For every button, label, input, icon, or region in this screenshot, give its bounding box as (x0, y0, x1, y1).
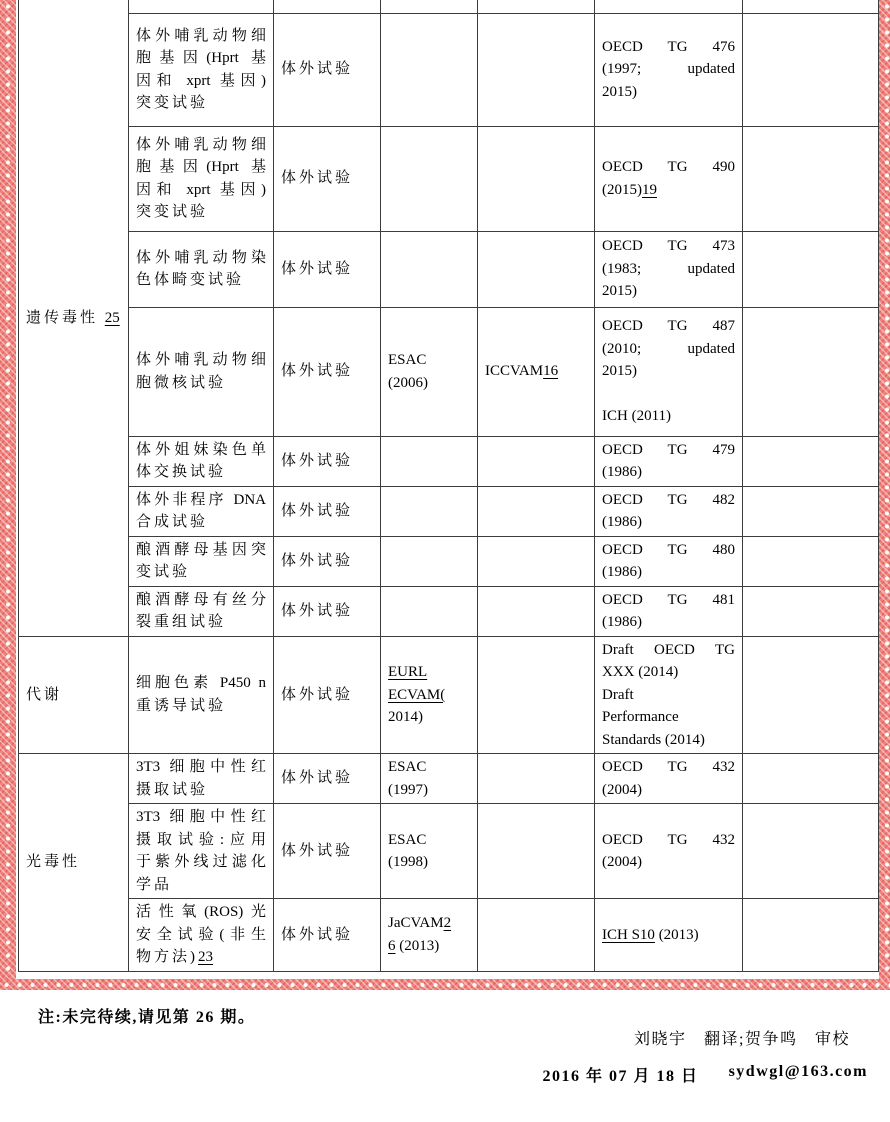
test-type-cell: 体外试验 (274, 126, 381, 231)
table-cell (381, 536, 478, 586)
test-name-cell: 体外哺乳动物细胞基因(Hprt 基因和 xprt 基因)突变试验 (129, 126, 274, 231)
table-cell (743, 436, 879, 486)
reference-cell: OECD TG 480(1986) (595, 536, 743, 586)
test-type-cell: 体外试验 (274, 899, 381, 972)
table-cell (478, 586, 595, 636)
test-name-cell: 体外姐妹染色单体交换试验 (129, 436, 274, 486)
table-cell (381, 126, 478, 231)
validation-cell: ESAC(1997) (381, 754, 478, 804)
reference-cell: Draft OECD TGXXX (2014)DraftPerformanceS… (595, 636, 743, 754)
test-type-cell: 体外试验 (274, 636, 381, 754)
table-cell (478, 486, 595, 536)
contact-email: sydwgl@163.com (729, 1063, 868, 1086)
table-cell (381, 231, 478, 307)
test-name-cell: 细胞色素 P450 n重诱导试验 (129, 636, 274, 754)
validation-cell: ICCVAM16 (478, 307, 595, 436)
table-cell (129, 0, 274, 13)
table-cell (478, 0, 595, 13)
test-type-cell: 体外试验 (274, 436, 381, 486)
table-cell (274, 0, 381, 13)
table-cell (478, 13, 595, 126)
document-page: 遗传毒性 25体外哺乳动物细胞基因(Hprt 基因和 xprt 基因)突变试验体… (0, 0, 890, 1122)
table-cell (478, 126, 595, 231)
table-cell (478, 804, 595, 899)
test-type-cell: 体外试验 (274, 231, 381, 307)
test-name-cell: 酿酒酵母有丝分裂重组试验 (129, 586, 274, 636)
issue-date: 2016 年 07 月 18 日 (543, 1063, 699, 1086)
reference-cell: OECD TG 479(1986) (595, 436, 743, 486)
test-name-cell: 3T3 细胞中性红摄取试验 (129, 754, 274, 804)
table-cell (743, 231, 879, 307)
test-name-cell: 体外哺乳动物细胞微核试验 (129, 307, 274, 436)
validation-cell: JaCVAM26 (2013) (381, 899, 478, 972)
test-type-cell: 体外试验 (274, 307, 381, 436)
table-cell (478, 754, 595, 804)
test-name-cell: 酿酒酵母基因突变试验 (129, 536, 274, 586)
reference-cell: ICH S10 (2013) (595, 899, 743, 972)
test-name-cell: 体外哺乳动物细胞基因(Hprt 基因和 xprt 基因)突变试验 (129, 13, 274, 126)
table-cell (381, 13, 478, 126)
table-cell (743, 486, 879, 536)
table-cell (478, 436, 595, 486)
page-border-bottom (0, 979, 890, 990)
table-cell (743, 0, 879, 13)
reference-cell: OECD TG 487(2010; updated2015) ICH (2011… (595, 307, 743, 436)
table-cell (381, 436, 478, 486)
test-type-cell: 体外试验 (274, 754, 381, 804)
category-cell-metabolism: 代谢 (19, 636, 129, 754)
test-name-cell: 活性氧(ROS)光安全试验(非生物方法)23 (129, 899, 274, 972)
test-type-cell: 体外试验 (274, 586, 381, 636)
test-name-cell: 体外哺乳动物染色体畸变试验 (129, 231, 274, 307)
reference-cell: OECD TG 476(1997; updated2015) (595, 13, 743, 126)
table-cell (743, 586, 879, 636)
table-cell (743, 126, 879, 231)
date-email-line: 2016 年 07 月 18 日 sydwgl@163.com (543, 1063, 868, 1086)
table-cell (743, 307, 879, 436)
continuation-note: 注:未完待续,请见第 26 期。 (38, 1004, 255, 1027)
validation-cell: EURLECVAM(2014) (381, 636, 478, 754)
validation-cell: ESAC(2006) (381, 307, 478, 436)
test-type-cell: 体外试验 (274, 486, 381, 536)
reference-cell: OECD TG 473(1983; updated2015) (595, 231, 743, 307)
table-cell (478, 899, 595, 972)
table-cell (595, 0, 743, 13)
reference-cell: OECD TG 490(2015)19 (595, 126, 743, 231)
table-cell (478, 536, 595, 586)
table-cell (381, 586, 478, 636)
reference-cell: OECD TG 432(2004) (595, 804, 743, 899)
table-cell (743, 536, 879, 586)
table-cell (743, 754, 879, 804)
page-border-right (879, 0, 890, 990)
category-cell-phototoxicity: 光毒性 (19, 754, 129, 972)
reference-cell: OECD TG 481(1986) (595, 586, 743, 636)
table-cell (381, 0, 478, 13)
table-cell (743, 804, 879, 899)
reference-cell: OECD TG 432(2004) (595, 754, 743, 804)
test-type-cell: 体外试验 (274, 804, 381, 899)
test-name-cell: 3T3 细胞中性红摄取试验:应用于紫外线过滤化学品 (129, 804, 274, 899)
validation-cell: ESAC(1998) (381, 804, 478, 899)
table-cell (381, 486, 478, 536)
category-cell-genotoxicity: 遗传毒性 25 (19, 0, 129, 636)
table-cell (478, 231, 595, 307)
page-border-left (0, 0, 16, 990)
translator-credits: 刘晓宇 翻译;贺争鸣 审校 (634, 1026, 850, 1049)
table-cell (743, 636, 879, 754)
test-name-cell: 体外非程序 DNA合成试验 (129, 486, 274, 536)
test-methods-table: 遗传毒性 25体外哺乳动物细胞基因(Hprt 基因和 xprt 基因)突变试验体… (18, 0, 879, 972)
test-type-cell: 体外试验 (274, 536, 381, 586)
test-type-cell: 体外试验 (274, 13, 381, 126)
reference-cell: OECD TG 482(1986) (595, 486, 743, 536)
table-cell (743, 899, 879, 972)
table-cell (478, 636, 595, 754)
table-cell (743, 13, 879, 126)
